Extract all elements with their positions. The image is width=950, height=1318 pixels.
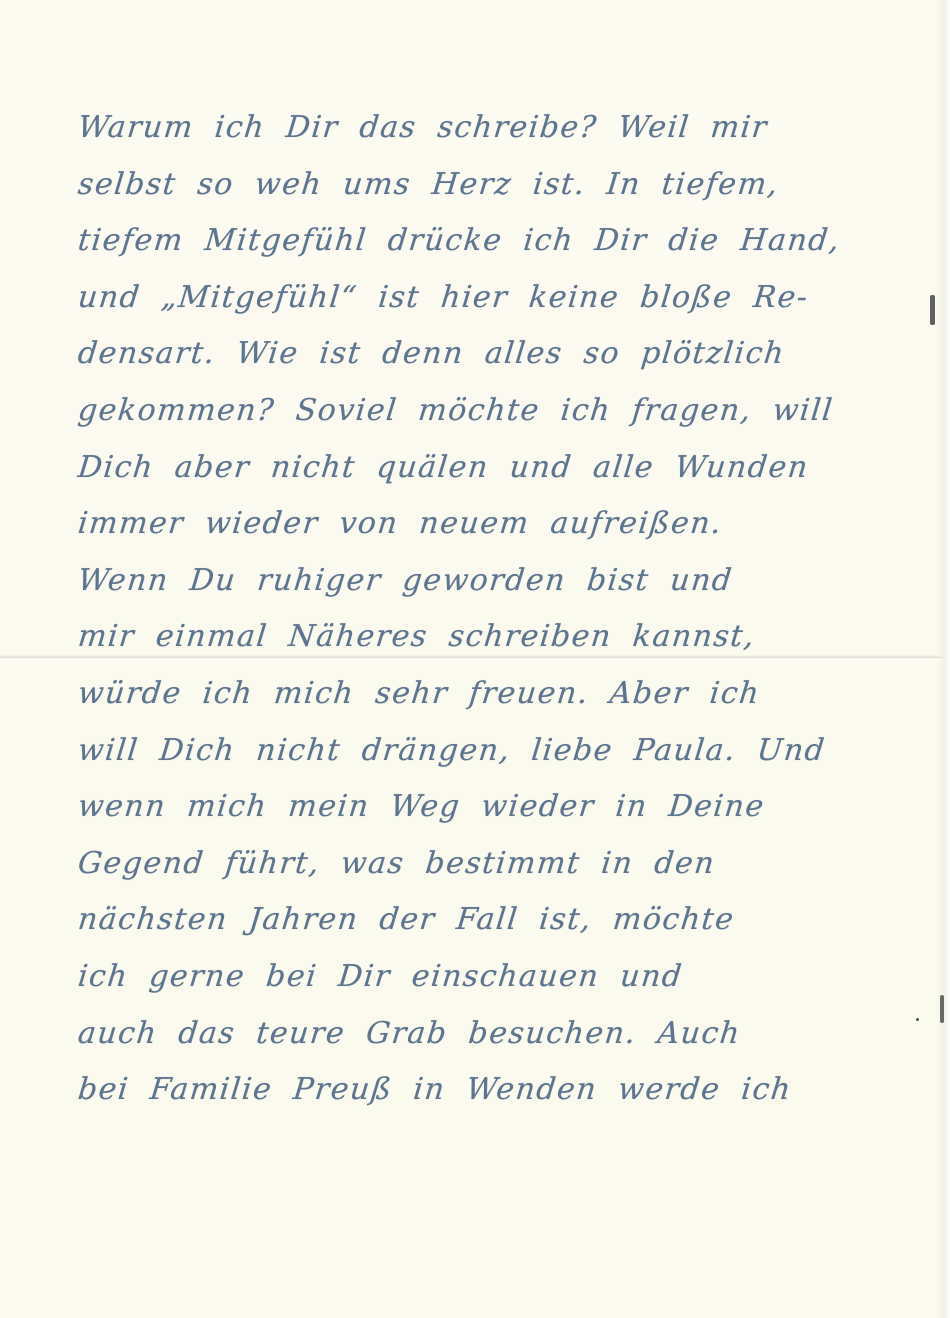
text-line: tiefem Mitgefühl drücke ich Dir die Hand… [75, 213, 901, 270]
handwritten-text: Warum ich Dir das schreibe? Weil mir sel… [78, 100, 898, 1119]
text-line: Warum ich Dir das schreibe? Weil mir [75, 100, 901, 157]
text-line: densart. Wie ist denn alles so plötzlich [75, 326, 901, 383]
paper-edge [936, 0, 950, 1318]
edge-mark [940, 995, 944, 1023]
text-line: Wenn Du ruhiger geworden bist und [75, 553, 901, 610]
text-line: Dich aber nicht quälen und alle Wunden [75, 440, 901, 497]
text-line: mir einmal Näheres schreiben kannst, [75, 609, 901, 666]
text-line: nächsten Jahren der Fall ist, möchte [75, 892, 901, 949]
text-line: auch das teure Grab besuchen. Auch [75, 1006, 901, 1063]
text-line: und „Mitgefühl“ ist hier keine bloße Re- [75, 270, 901, 327]
text-line: gekommen? Soviel möchte ich fragen, will [75, 383, 901, 440]
text-line: will Dich nicht drängen, liebe Paula. Un… [75, 723, 901, 780]
text-line: immer wieder von neuem aufreißen. [75, 496, 901, 553]
letter-paper: Warum ich Dir das schreibe? Weil mir sel… [0, 0, 950, 1318]
ink-dot [916, 1018, 919, 1021]
text-line: Gegend führt, was bestimmt in den [75, 836, 901, 893]
text-line: würde ich mich sehr freuen. Aber ich [75, 666, 901, 723]
text-line: ich gerne bei Dir einschauen und [75, 949, 901, 1006]
edge-mark [930, 295, 935, 325]
text-line: wenn mich mein Weg wieder in Deine [75, 779, 901, 836]
text-line: selbst so weh ums Herz ist. In tiefem, [75, 157, 901, 214]
text-line: bei Familie Preuß in Wenden werde ich [75, 1062, 901, 1119]
